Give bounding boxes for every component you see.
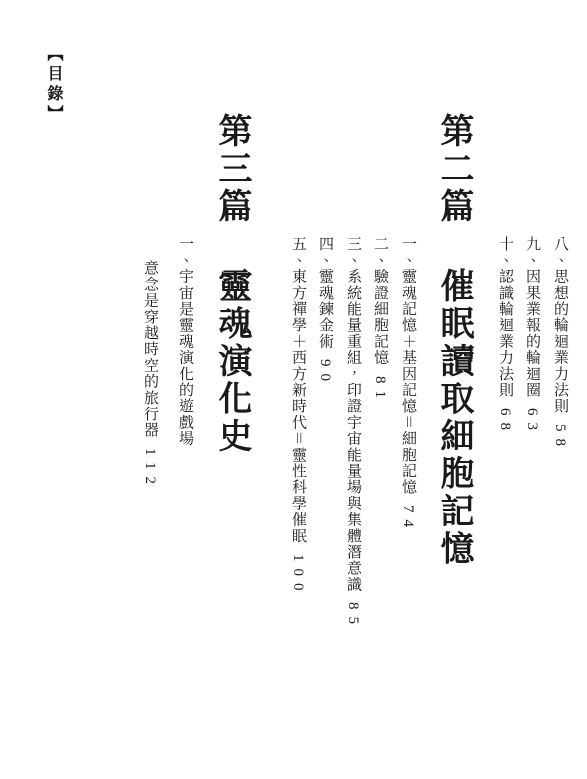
page-number: 100 bbox=[290, 554, 306, 598]
toc-entry: 一、靈魂記憶＋基因記憶＝細胞記憶74 bbox=[400, 236, 415, 534]
toc-entry: 八、思想的輪迴業力法則58 bbox=[552, 236, 567, 453]
toc-entry: 二、驗證細胞記憶81 bbox=[372, 236, 387, 405]
page-number: 68 bbox=[497, 408, 513, 437]
page-number: 74 bbox=[400, 505, 416, 534]
toc-entry: 十、認識輪迴業力法則68 bbox=[497, 236, 512, 437]
page-number: 90 bbox=[317, 359, 333, 388]
toc-entry-text: 十、認識輪迴業力法則 bbox=[497, 236, 513, 398]
toc-entry: 四、靈魂鍊金術90 bbox=[317, 236, 332, 388]
part-number: 第三篇 bbox=[213, 113, 250, 226]
toc-entry-text: 一、靈魂記憶＋基因記憶＝細胞記憶 bbox=[400, 236, 416, 495]
chapter-title: 靈魂演化史 bbox=[213, 268, 250, 456]
book-toc-page: 【目錄】 八、思想的輪迴業力法則58 九、因果業報的輪迴圈63 十、認識輪迴業力… bbox=[0, 0, 587, 779]
toc-entry-text: 九、因果業報的輪迴圈 bbox=[524, 236, 540, 398]
chapter-heading: 第三篇靈魂演化史 bbox=[214, 113, 248, 455]
toc-entry-text: 四、靈魂鍊金術 bbox=[317, 236, 333, 349]
toc-entry-text: 意念是穿越時空的旅行器 bbox=[142, 260, 158, 438]
toc-entry-text: 八、思想的輪迴業力法則 bbox=[552, 236, 568, 414]
toc-entry-text: 五、東方禪學＋西方新時代＝靈性科學催眠 bbox=[290, 236, 306, 544]
toc-entry: 一、宇宙是靈魂演化的遊戲場 bbox=[177, 236, 192, 447]
page-number: 81 bbox=[372, 376, 388, 405]
page-number: 58 bbox=[552, 424, 568, 453]
toc-entry-text: 一、宇宙是靈魂演化的遊戲場 bbox=[177, 236, 193, 447]
toc-entry-text: 三、系統能量重組，印證宇宙能量場與集體潛意識 bbox=[345, 236, 361, 592]
toc-entry-text: 二、驗證細胞記憶 bbox=[372, 236, 388, 366]
chapter-heading: 第二篇催眠讀取細胞記憶 bbox=[436, 113, 470, 568]
toc-entry: 五、東方禪學＋西方新時代＝靈性科學催眠100 bbox=[290, 236, 305, 597]
toc-entry-continuation: 意念是穿越時空的旅行器112 bbox=[142, 260, 157, 491]
page-number: 85 bbox=[345, 602, 361, 631]
page-number: 63 bbox=[524, 408, 540, 437]
toc-entry: 九、因果業報的輪迴圈63 bbox=[524, 236, 539, 437]
toc-label: 【目錄】 bbox=[45, 45, 61, 125]
page-number: 112 bbox=[142, 448, 158, 491]
part-number: 第二篇 bbox=[435, 113, 472, 226]
chapter-title: 催眠讀取細胞記憶 bbox=[435, 268, 472, 568]
toc-entry: 三、系統能量重組，印證宇宙能量場與集體潛意識85 bbox=[345, 236, 360, 631]
